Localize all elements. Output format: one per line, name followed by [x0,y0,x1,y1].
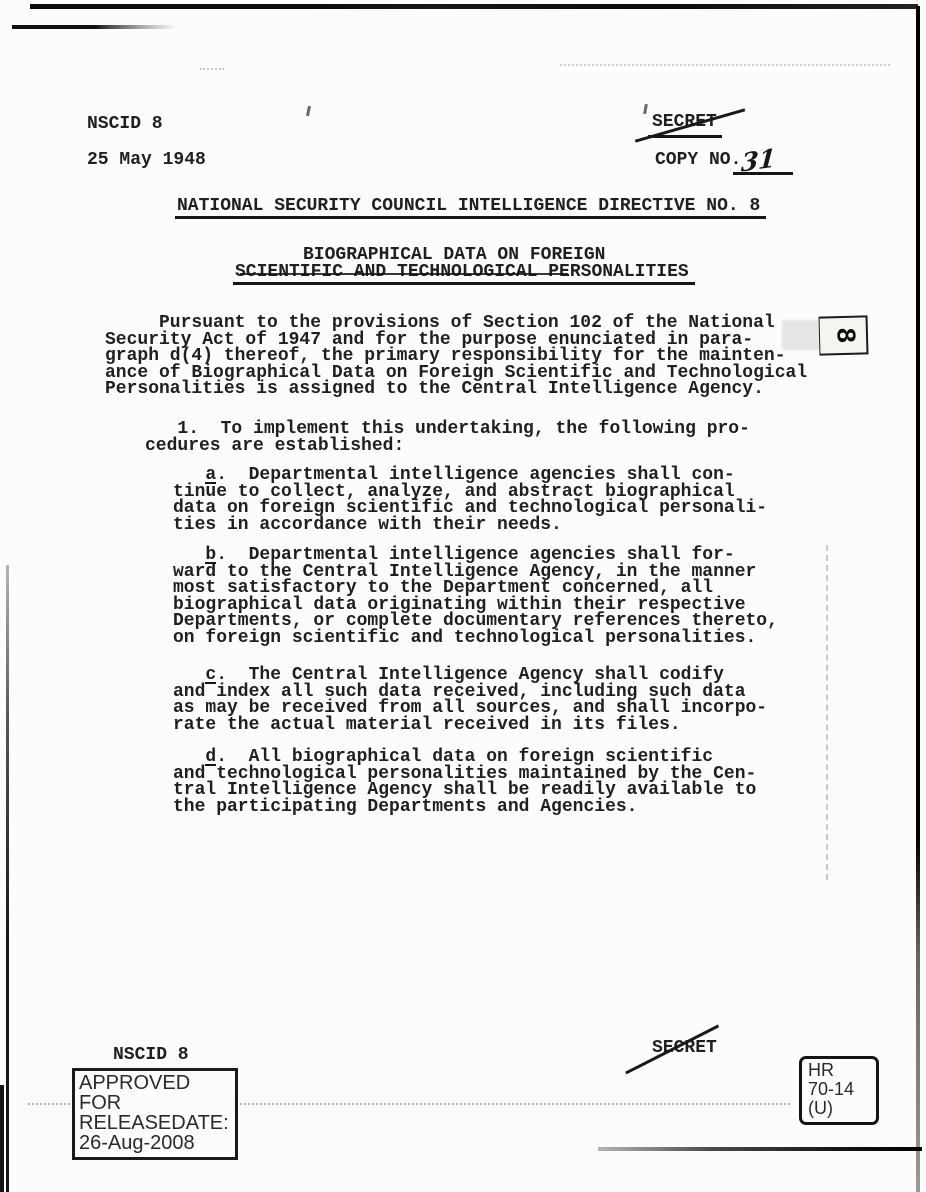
release-approval-stamp: APPROVED FOR RELEASEDATE: 26-Aug-2008 [72,1068,238,1160]
intro-paragraph: Pursuant to the provisions of Section 10… [105,315,807,398]
item-1: 1. To implement this undertaking, the fo… [145,421,750,454]
scanned-document-page: NSCID 8 25 May 1948 SECRET COPY NO. 31 N… [0,0,926,1192]
scan-artifact-left-edge-bar [0,1085,4,1192]
directive-title: NATIONAL SECURITY COUNCIL INTELLIGENCE D… [177,198,760,215]
scan-artifact-upper-dashes-2 [200,68,224,70]
item-a: a. Departmental intelligence agencies sh… [173,467,767,533]
item-c-label-underline [205,682,216,684]
item-a-label-underline [205,482,216,484]
subtitle-overstrike-artifact [240,273,568,275]
scan-artifact-bottom-right-line [598,1147,922,1151]
margin-page-tab-number: 8 [829,327,856,344]
scan-artifact-top-border [30,4,918,9]
scan-artifact-right-dashed-line [826,545,828,880]
copy-number-underline [733,172,793,175]
hr-reference-stamp: HR 70-14 (U) [799,1056,879,1125]
footer-doc-id: NSCID 8 [113,1047,189,1064]
copy-number-label: COPY NO. [655,152,741,169]
item-b: b. Departmental intelligence agencies sh… [173,547,778,647]
item-b-label-underline [205,562,216,564]
doc-id: NSCID 8 [87,116,163,133]
item-d-label-underline [205,764,216,766]
scan-artifact-left-border [6,565,9,1192]
directive-title-underline [175,216,766,219]
scan-artifact-upper-dashes [560,64,890,66]
item-c: c. The Central Intelligence Agency shall… [173,667,767,733]
scan-speck-1 [306,106,311,116]
scan-speck-2 [643,104,648,114]
item-d: d. All biographical data on foreign scie… [173,749,756,815]
doc-date: 25 May 1948 [87,152,206,169]
scan-artifact-right-border [916,6,920,1192]
scan-artifact-topleft-line [12,25,177,29]
subtitle-underline [233,282,695,285]
margin-page-tab: 8 [818,315,868,355]
